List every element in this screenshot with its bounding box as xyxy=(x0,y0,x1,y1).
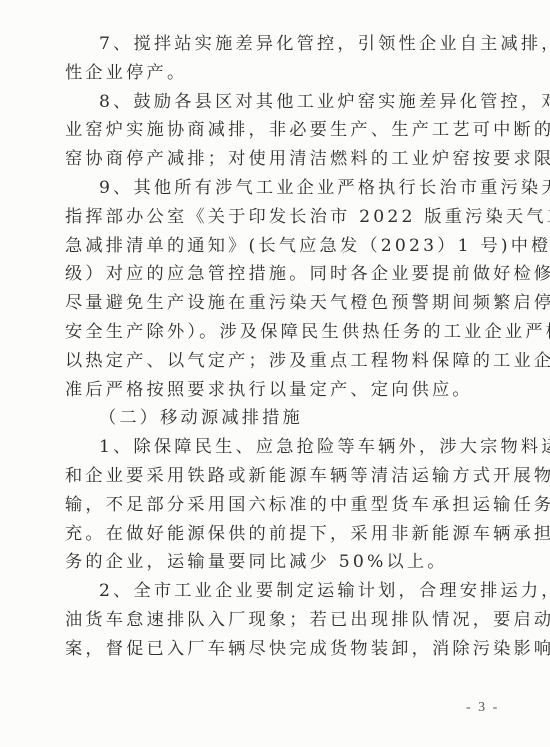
mobile-paragraph-1-line-5: 务的企业，运输量要同比减少 50%以上。 xyxy=(65,548,477,577)
paragraph-9-line-1: 9、其他所有涉气工业企业严格执行长治市重污染天气应急 xyxy=(65,174,477,203)
paragraph-8-line-2: 业窑炉实施协商减排，非必要生产、生产工艺可中断的燃煤炉 xyxy=(65,116,477,145)
mobile-paragraph-1-line-2: 和企业要采用铁路或新能源车辆等清洁运输方式开展物料运 xyxy=(65,462,477,491)
paragraph-9-line-2: 指挥部办公室《关于印发长治市 2022 版重污染天气工业企业应 xyxy=(65,203,477,232)
mobile-paragraph-2-line-2: 油货车怠速排队入厂现象；若已出现排队情况，要启动应急预 xyxy=(65,606,477,635)
paragraph-9-line-6: 安全生产除外）。涉及保障民生供热任务的工业企业严格执行 xyxy=(65,318,477,347)
mobile-paragraph-2-line-3: 案，督促已入厂车辆尽快完成货物装卸，消除污染影响，若等 xyxy=(65,635,477,664)
section-heading-mobile-sources: （二）移动源减排措施 xyxy=(65,404,477,433)
paragraph-8-line-3: 窑协商停产减排；对使用清洁燃料的工业炉窑按要求限产作业。 xyxy=(65,145,477,174)
paragraph-9-line-4: 级）对应的应急管控措施。同时各企业要提前做好检修工作， xyxy=(65,260,477,289)
paragraph-7-line-2: 性企业停产。 xyxy=(65,59,477,88)
mobile-paragraph-1-line-3: 输，不足部分采用国六标准的中重型货车承担运输任务用以补 xyxy=(65,491,477,520)
document-page: 7、搅拌站实施差异化管控，引领性企业自主减排，非引领 性企业停产。 8、鼓励各县… xyxy=(0,0,550,747)
document-body: 7、搅拌站实施差异化管控，引领性企业自主减排，非引领 性企业停产。 8、鼓励各县… xyxy=(65,30,477,664)
mobile-paragraph-2-line-1: 2、全市工业企业要制定运输计划，合理安排运力，杜绝柴 xyxy=(65,577,477,606)
paragraph-9-line-5: 尽量避免生产设施在重污染天气橙色预警期间频繁启停（保障 xyxy=(65,289,477,318)
paragraph-7-line-1: 7、搅拌站实施差异化管控，引领性企业自主减排，非引领 xyxy=(65,30,477,59)
paragraph-9-line-8: 准后严格按照要求执行以量定产、定向供应。 xyxy=(65,376,477,405)
page-number: - 3 - xyxy=(466,700,499,716)
mobile-paragraph-1-line-1: 1、除保障民生、应急抢险等车辆外，涉大宗物料运输单位 xyxy=(65,433,477,462)
paragraph-9-line-7: 以热定产、以气定产；涉及重点工程物料保障的工业企业经批 xyxy=(65,347,477,376)
paragraph-9-line-3: 急减排清单的通知》(长气应急发（2023）1 号)中橙色预警( II xyxy=(65,232,477,261)
paragraph-8-line-1: 8、鼓励各县区对其他工业炉窑实施差异化管控，对燃煤工 xyxy=(65,88,477,117)
mobile-paragraph-1-line-4: 充。在做好能源保供的前提下，采用非新能源车辆承担运输任 xyxy=(65,520,477,549)
